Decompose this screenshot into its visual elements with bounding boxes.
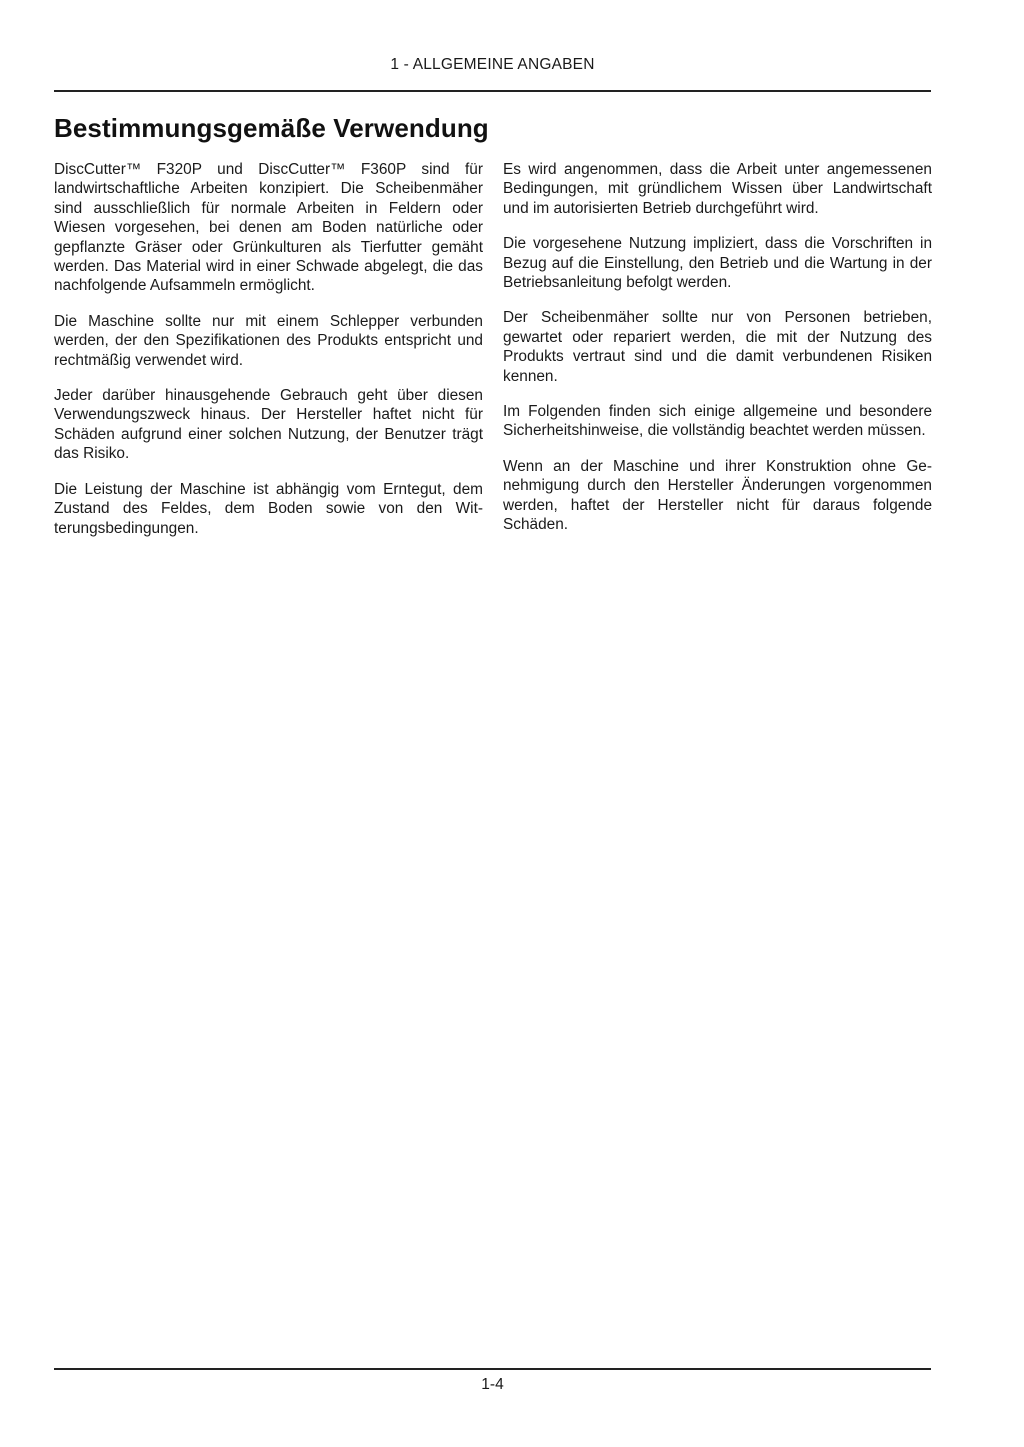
page-number: 1-4 [54, 1376, 931, 1394]
page-title: Bestimmungsgemäße Verwendung [54, 113, 489, 144]
paragraph: Im Folgenden finden sich einige allgemei… [503, 402, 932, 441]
paragraph: Es wird angenommen, dass die Arbeit unte… [503, 160, 932, 218]
paragraph: Die vorgesehene Nutzung impliziert, dass… [503, 234, 932, 292]
footer-divider [54, 1368, 931, 1370]
paragraph: DiscCutter™ F320P und DiscCutter™ F360P … [54, 160, 483, 296]
left-column: DiscCutter™ F320P und DiscCutter™ F360P … [54, 160, 483, 554]
paragraph: Die Maschine sollte nur mit einem Schlep… [54, 312, 483, 370]
paragraph: Die Leistung der Maschine ist abhängig v… [54, 480, 483, 538]
header-divider [54, 90, 931, 92]
right-column: Es wird angenommen, dass die Arbeit unte… [503, 160, 932, 551]
paragraph: Der Scheibenmäher sollte nur von Persone… [503, 308, 932, 386]
running-header: 1 - ALLGEMEINE ANGABEN [54, 56, 931, 74]
paragraph: Jeder darüber hinausgehende Gebrauch geh… [54, 386, 483, 464]
paragraph: Wenn an der Maschine und ihrer Konstrukt… [503, 457, 932, 535]
